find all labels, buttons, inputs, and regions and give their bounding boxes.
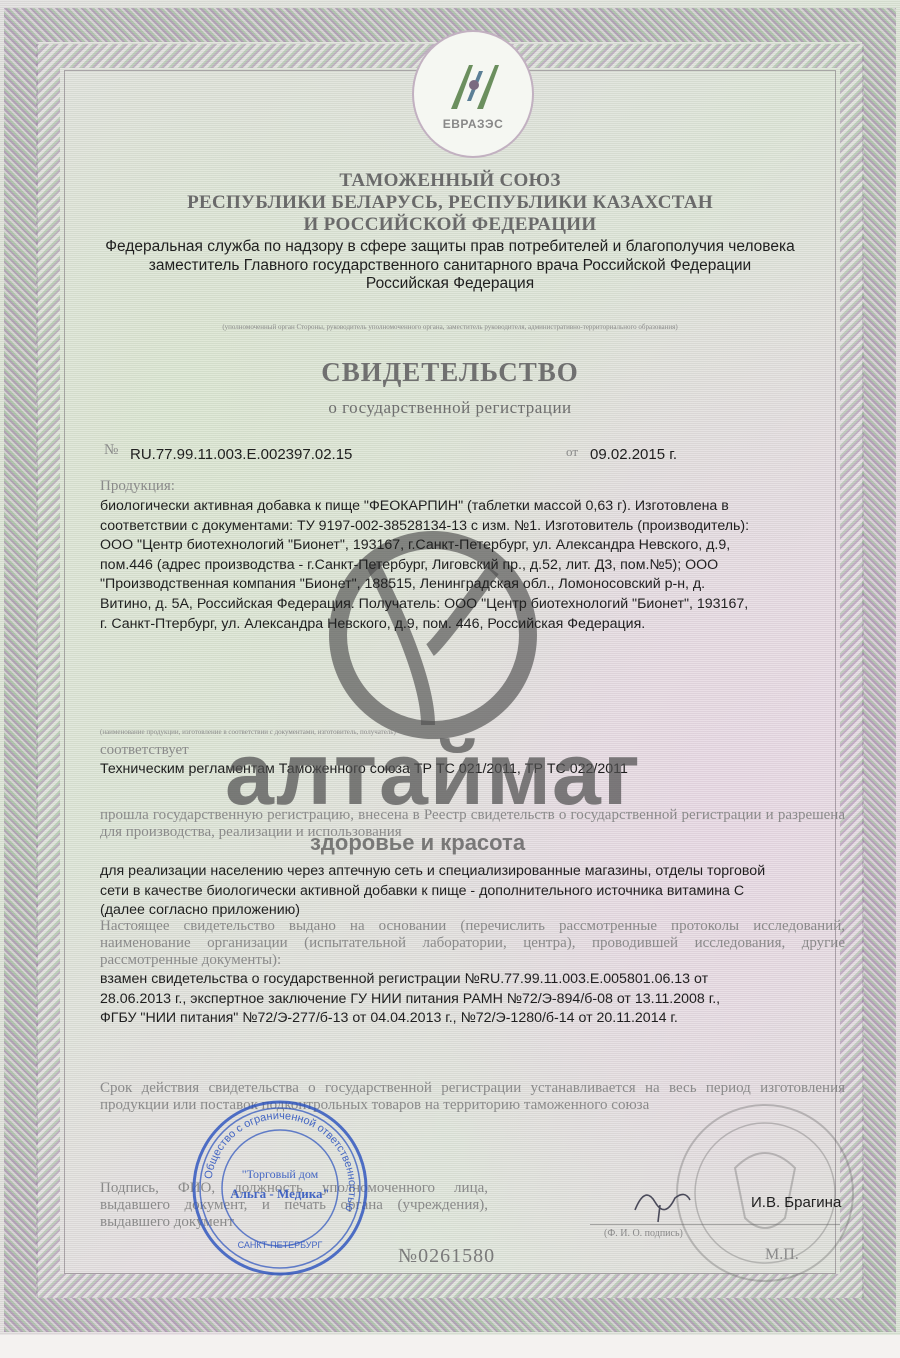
union-line-1: ТАМОЖЕННЫЙ СОЮЗ xyxy=(0,170,900,192)
product-line: пом.446 (адрес производства - г.Санкт-Пе… xyxy=(100,556,860,576)
authority-caption: (уполномоченный орган Стороны, руководит… xyxy=(0,323,900,331)
number-label: № xyxy=(104,442,118,459)
union-line-3: И РОССИЙСКОЙ ФЕДЕРАЦИИ xyxy=(0,214,900,236)
eurasec-logo-icon xyxy=(443,57,503,115)
product-line: ООО "Центр биотехнологий "Бионет", 19316… xyxy=(100,536,860,556)
watermark-tagline: здоровье и красота xyxy=(310,832,525,854)
product-line: "Производственная компания "Бионет", 188… xyxy=(100,575,860,595)
svg-text:САНКТ-ПЕТЕРБУРГ: САНКТ-ПЕТЕРБУРГ xyxy=(238,1240,323,1250)
agency-line-2: заместитель Главного государственного са… xyxy=(0,256,900,276)
seal-mark: М.П. xyxy=(765,1246,799,1264)
usage-block: для реализации населению через аптечную … xyxy=(100,862,860,921)
agency-line-3: Российская Федерация xyxy=(0,274,900,294)
watermark-brand: алтаймаг xyxy=(225,730,642,818)
usage-line: для реализации населению через аптечную … xyxy=(100,862,860,882)
basis-block: взамен свидетельства о государственной р… xyxy=(100,970,860,1029)
product-line: соответствии с документами: ТУ 9197-002-… xyxy=(100,517,860,537)
certificate-subtitle: о государственной регистрации xyxy=(0,398,900,418)
product-line: г. Санкт-Птербург, ул. Александра Невско… xyxy=(100,615,860,635)
serial-number: №0261580 xyxy=(398,1245,495,1268)
conformity-label: соответствует xyxy=(100,742,189,759)
certificate-title: СВИДЕТЕЛЬСТВО xyxy=(0,357,900,388)
svg-text:"Торговый дом: "Торговый дом xyxy=(242,1167,319,1181)
name-caption: (Ф. И. О. подпись) xyxy=(604,1228,683,1239)
basis-line: взамен свидетельства о государственной р… xyxy=(100,970,860,990)
union-line-2: РЕСПУБЛИКИ БЕЛАРУСЬ, РЕСПУБЛИКИ КАЗАХСТА… xyxy=(0,192,900,214)
emblem-label: ЕВРАЗЭС xyxy=(443,117,504,131)
svg-text:Альга - Медика": Альга - Медика" xyxy=(230,1186,330,1201)
certificate-number: RU.77.99.11.003.Е.002397.02.15 xyxy=(130,445,352,465)
product-description: биологически активная добавка к пище "ФЕ… xyxy=(100,497,860,634)
date-label: от xyxy=(566,444,578,460)
basis-line: 28.06.2013 г., экспертное заключение ГУ … xyxy=(100,990,860,1010)
signature-line xyxy=(590,1224,840,1225)
basis-statement: Настоящее свидетельство выдано на основа… xyxy=(100,918,845,969)
signer-name: И.В. Брагина xyxy=(751,1193,841,1213)
certificate-date: 09.02.2015 г. xyxy=(590,445,677,465)
eurasec-emblem: ЕВРАЗЭС xyxy=(412,30,534,158)
product-line: Витино, д. 5А, Российская Федерация. Пол… xyxy=(100,595,860,615)
company-stamp-icon: Общество с ограниченной ответственностью… xyxy=(190,1098,370,1278)
product-label: Продукция: xyxy=(100,478,175,495)
basis-line: ФГБУ "НИИ питания" №72/Э-277/б-13 от 04.… xyxy=(100,1009,860,1029)
product-line: биологически активная добавка к пище "ФЕ… xyxy=(100,497,860,517)
signature-icon xyxy=(630,1180,700,1225)
usage-line: сети в качестве биологически активной до… xyxy=(100,882,860,902)
agency-line-1: Федеральная служба по надзору в сфере за… xyxy=(0,237,900,257)
